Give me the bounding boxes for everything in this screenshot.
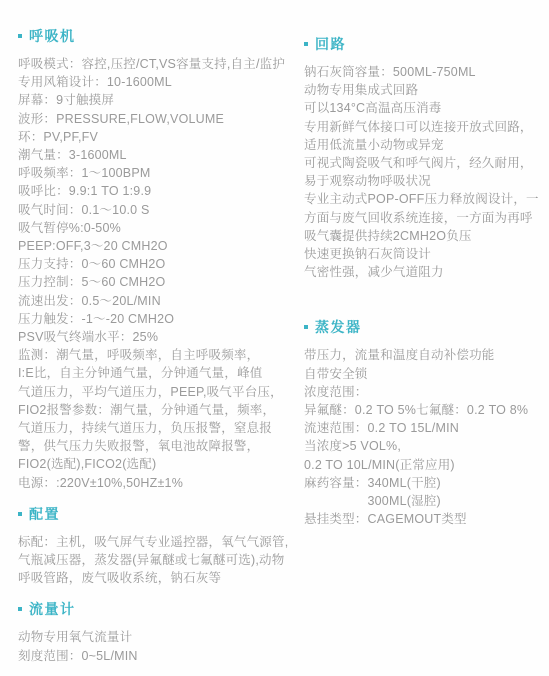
spec-line: 吸呼比：9.9:1 TO 1:9.9 bbox=[18, 182, 298, 200]
spec-line: 流速出发：0.5～20L/MIN bbox=[18, 292, 298, 310]
spec-line: PSV吸气终端水平：25% bbox=[18, 328, 298, 346]
spec-line: 适用低流量小动物或异宠 bbox=[304, 136, 548, 154]
spec-line: 呼吸频率：1～100BPM bbox=[18, 164, 298, 182]
spec-line: 吸气暂停%:0-50% bbox=[18, 219, 298, 237]
spec-line: I:E比，自主分钟通气量，分钟通气量，峰值 bbox=[18, 364, 298, 382]
spec-line: 悬挂类型：CAGEMOUT类型 bbox=[304, 510, 548, 528]
spec-line: 异氟醚：0.2 TO 5%七氟醚：0.2 TO 8% bbox=[304, 401, 548, 419]
section-title: 回路 bbox=[315, 34, 346, 54]
left-column: 呼吸机呼吸模式：容控,压控/CT,VS容量支持,自主/监护专用风箱设计：10-1… bbox=[18, 28, 298, 665]
spec-line: 麻药容量：340ML(干腔) bbox=[304, 474, 548, 492]
section-heading-circuit: 回路 bbox=[304, 36, 548, 52]
spec-line: 可以134°C高温高压消毒 bbox=[304, 99, 548, 117]
spec-line: 0.2 TO 10L/MIN(正常应用) bbox=[304, 456, 548, 474]
right-column: 回路钠石灰筒容量：500ML-750ML动物专用集成式回路可以134°C高温高压… bbox=[304, 36, 548, 528]
section-title: 配置 bbox=[29, 504, 60, 524]
spec-line: 带压力，流量和温度自动补偿功能 bbox=[304, 346, 548, 364]
spec-sheet: 呼吸机呼吸模式：容控,压控/CT,VS容量支持,自主/监护专用风箱设计：10-1… bbox=[0, 0, 549, 676]
section-heading-configuration: 配置 bbox=[18, 506, 298, 522]
spec-line: 吸气囊提供持续2CMH2O负压 bbox=[304, 227, 548, 245]
bullet-icon bbox=[18, 34, 22, 38]
spec-line: 屏幕：9寸触摸屏 bbox=[18, 91, 298, 109]
section-flowmeter: 流量计动物专用氧气流量计刻度范围：0~5L/MIN bbox=[18, 601, 298, 664]
section-ventilator: 呼吸机呼吸模式：容控,压控/CT,VS容量支持,自主/监护专用风箱设计：10-1… bbox=[18, 28, 298, 492]
spec-line: 气道压力，持续气道压力，负压报警，窒息报 bbox=[18, 419, 298, 437]
spec-line: 潮气量：3-1600ML bbox=[18, 146, 298, 164]
bullet-icon bbox=[18, 607, 22, 611]
spec-line: 动物专用氧气流量计 bbox=[18, 628, 298, 646]
spec-line: 环：PV,PF,FV bbox=[18, 128, 298, 146]
spec-line: 方面与废气回收系统连接，一方面为再呼 bbox=[304, 209, 548, 227]
section-title: 蒸发器 bbox=[315, 317, 362, 337]
spec-line: 监测：潮气量，呼吸频率，自主呼吸频率， bbox=[18, 346, 298, 364]
section-configuration: 配置标配：主机，吸气屏气专业遥控器，氧气气源管,气瓶减压器，蒸发器(异氟醚或七氟… bbox=[18, 506, 298, 588]
spec-line: 波形：PRESSURE,FLOW,VOLUME bbox=[18, 110, 298, 128]
spec-line: 压力触发：-1～-20 CMH2O bbox=[18, 310, 298, 328]
spec-line: 自带安全锁 bbox=[304, 365, 548, 383]
section-circuit: 回路钠石灰筒容量：500ML-750ML动物专用集成式回路可以134°C高温高压… bbox=[304, 36, 548, 281]
bullet-icon bbox=[18, 512, 22, 516]
spec-line: 呼吸模式：容控,压控/CT,VS容量支持,自主/监护 bbox=[18, 55, 298, 73]
section-heading-vaporizer: 蒸发器 bbox=[304, 319, 548, 335]
spec-line: 动物专用集成式回路 bbox=[304, 81, 548, 99]
bullet-icon bbox=[304, 325, 308, 329]
spec-line: 可视式陶瓷吸气和呼气阀片，经久耐用， bbox=[304, 154, 548, 172]
bullet-icon bbox=[304, 42, 308, 46]
spec-line: 易于观察动物呼吸状况 bbox=[304, 172, 548, 190]
section-title: 流量计 bbox=[29, 599, 76, 619]
section-vaporizer: 蒸发器带压力，流量和温度自动补偿功能自带安全锁浓度范围：异氟醚：0.2 TO 5… bbox=[304, 319, 548, 528]
spec-line: 300ML(湿腔) bbox=[304, 492, 548, 510]
spec-line: 压力支持：0～60 CMH2O bbox=[18, 255, 298, 273]
spec-line: 气道压力，平均气道压力，PEEP,吸气平台压， bbox=[18, 383, 298, 401]
spec-line: 流速范围：0.2 TO 15L/MIN bbox=[304, 419, 548, 437]
section-heading-ventilator: 呼吸机 bbox=[18, 28, 298, 44]
spec-line: 气密性强，减少气道阻力 bbox=[304, 263, 548, 281]
spec-line: 专业主动式POP-OFF压力释放阀设计，一 bbox=[304, 190, 548, 208]
spec-line: 气瓶减压器，蒸发器(异氟醚或七氟醚可选),动物 bbox=[18, 551, 298, 569]
spec-line: FIO2报警参数：潮气量，分钟通气量，频率， bbox=[18, 401, 298, 419]
spec-line: 钠石灰筒容量：500ML-750ML bbox=[304, 63, 548, 81]
spec-line: 刻度范围：0~5L/MIN bbox=[18, 647, 298, 665]
spec-line: PEEP:OFF,3～20 CMH2O bbox=[18, 237, 298, 255]
section-heading-flowmeter: 流量计 bbox=[18, 601, 298, 617]
spec-line: 吸气时间：0.1～10.0 S bbox=[18, 201, 298, 219]
spec-line: 浓度范围： bbox=[304, 383, 548, 401]
spec-line: 压力控制：5～60 CMH2O bbox=[18, 273, 298, 291]
spec-line: FIO2(选配),FICO2(选配) bbox=[18, 455, 298, 473]
spec-line: 快速更换钠石灰筒设计 bbox=[304, 245, 548, 263]
spec-line: 当浓度>5 VOL%, bbox=[304, 437, 548, 455]
spec-line: 专用新鲜气体接口可以连接开放式回路， bbox=[304, 118, 548, 136]
section-title: 呼吸机 bbox=[29, 26, 76, 46]
spec-line: 专用风箱设计：10-1600ML bbox=[18, 73, 298, 91]
spec-line: 电源：:220V±10%,50HZ±1% bbox=[18, 474, 298, 492]
spec-line: 警，供气压力失败报警，氧电池故障报警， bbox=[18, 437, 298, 455]
spec-line: 呼吸管路，废气吸收系统，钠石灰等 bbox=[18, 569, 298, 587]
spec-line: 标配：主机，吸气屏气专业遥控器，氧气气源管, bbox=[18, 533, 298, 551]
